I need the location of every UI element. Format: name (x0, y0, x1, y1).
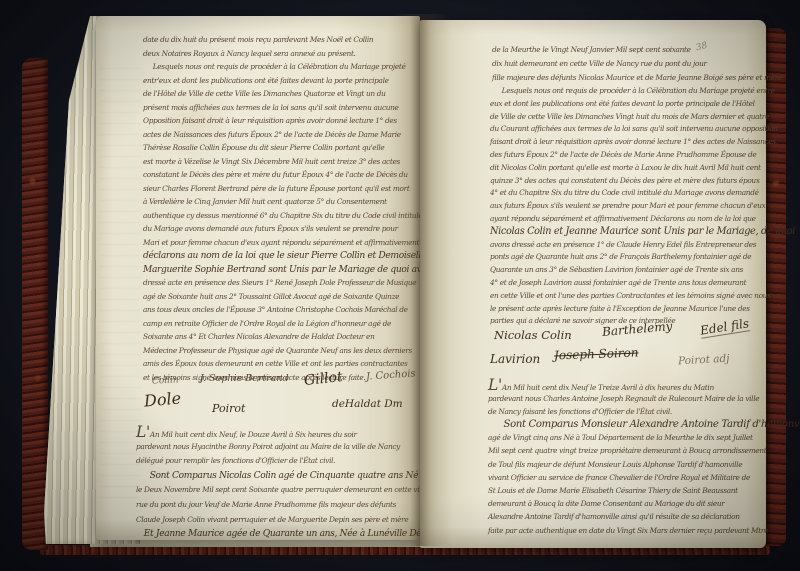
manuscript-line: L'An Mil huit cent dix Neuf le Treize Av… (488, 378, 760, 392)
manuscript-line: Opposition faisant droit à leur réquisit… (143, 114, 407, 128)
right-page-next-act-intro: L'An Mil huit cent dix Neuf le Treize Av… (488, 378, 768, 419)
manuscript-line: ayant répondu séparément et affirmativem… (490, 213, 760, 226)
manuscript-line: agé de Soixante huit ans 2° Toussaint Gi… (143, 290, 407, 304)
register-photo: date du dix huit du présent mois reçu pa… (0, 0, 800, 571)
manuscript-line: dressé acte en présence des Sieurs 1° Re… (143, 276, 407, 290)
manuscript-line: est morte à Vézelise le Vingt Six Décemb… (143, 155, 407, 169)
signature: Nicolas Colin (494, 328, 572, 342)
manuscript-line: fille majeure des défunts Nicolas Mauric… (492, 71, 760, 85)
manuscript-line: vivant Officier au service de france Che… (488, 471, 760, 484)
signature: Lavirion (490, 352, 540, 366)
signature: J. Cochois (366, 368, 416, 382)
signature: Joseph Soiron (554, 346, 639, 363)
manuscript-line: eux et dont les publications ont été fai… (490, 98, 760, 111)
manuscript-line: Mil sept cent quatre vingt treize propri… (488, 444, 760, 457)
manuscript-line: agé de Vingt cinq ans Né à Toul Départem… (488, 431, 760, 444)
manuscript-line: Nicolas Colin et Jeanne Maurice sont Uni… (490, 226, 760, 239)
manuscript-line: de l'Hôtel de Ville de cette Ville les D… (143, 87, 407, 101)
signature: Poirot adj (678, 353, 730, 368)
manuscript-line: avons dressé acte en présence 1° de Clau… (490, 239, 760, 252)
book-cover-right-edge (766, 28, 786, 546)
manuscript-line: deux Notaires Royaux à Nancy lequel sera… (143, 47, 407, 61)
manuscript-line: faite par acte authentique en date du Vi… (488, 524, 760, 537)
manuscript-line: Quarante un ans 3° de Sébastien Lavirion… (490, 264, 760, 277)
manuscript-line: date du dix huit du présent mois reçu pa… (143, 33, 407, 47)
manuscript-line: des futurs Époux 2° de l'acte de Décès d… (490, 149, 760, 162)
manuscript-line: déclarons au nom de la loi que le sieur … (143, 249, 407, 263)
show-through-text (99, 68, 141, 498)
manuscript-line: Mari et pour femme chacun d'eux ayant ré… (143, 236, 407, 250)
manuscript-line: du Mariage avons demandé aux futurs Épou… (143, 222, 407, 236)
manuscript-line: Et Jeanne Maurice agée de Quarante un an… (136, 527, 408, 542)
manuscript-line: pardevant nous Charles Antoine Joseph Re… (488, 392, 760, 406)
signature: Barthelemy (602, 319, 673, 339)
signature: Poirot (212, 402, 245, 415)
right-page-act-text: Lesquels nous ont requis de procéder à l… (490, 85, 768, 328)
left-page-act-text: date du dix huit du présent mois reçu pa… (143, 33, 415, 384)
manuscript-line: authentique cy dessus mentionné 6° du Ch… (143, 209, 407, 223)
right-page-next-act-text: Sont Comparus Monsieur Alexandre Antoine… (488, 418, 768, 537)
signature: Gillot (303, 369, 343, 389)
left-page: date du dix huit du présent mois reçu pa… (96, 16, 420, 540)
manuscript-line: 4° et de Joseph Lavirion aussi fontainie… (490, 277, 760, 290)
manuscript-line: demeurant à Boucq la dite Dame Consentan… (488, 497, 760, 510)
manuscript-line: 4° et du Chapitre Six du titre du Code c… (490, 187, 760, 200)
manuscript-line: ponts agé de Quarante huit ans 2° de Fra… (490, 251, 760, 264)
manuscript-line: Sont Comparus Nicolas Colin agé de Cinqu… (136, 469, 408, 484)
manuscript-line: Sont Comparus Monsieur Alexandre Antoine… (488, 418, 760, 431)
signature: deHaldat Dm (332, 398, 403, 410)
manuscript-line: le présent acte après lecture faite à l'… (490, 303, 760, 316)
manuscript-line: présent mois affichées aux termes de la … (143, 101, 407, 115)
manuscript-line: Lesquels nous ont requis de procéder à l… (143, 60, 407, 74)
signature: Dole (143, 388, 182, 410)
signature: Edel fils (699, 316, 750, 339)
manuscript-line: de Toul fils majeur de défunt Monsieur L… (488, 458, 760, 471)
left-page-signatures: CollinJ. Sophie BertrandGillotJ. Cochois… (136, 368, 422, 428)
manuscript-line: ans tous deux oncles de l'Épouse 3° Anto… (143, 303, 407, 317)
manuscript-line: Médecine Professeur de Physique agé de Q… (143, 344, 407, 358)
manuscript-line: L'An Mil huit cent dix Neuf, le Douze Av… (136, 425, 408, 440)
manuscript-line: quinze 3° des actes qui constatent du Dé… (490, 175, 760, 188)
manuscript-line: du Courant affichées aux termes de la lo… (490, 123, 760, 136)
right-page: 38 de la Meurthe le Vingt Neuf Janvier M… (420, 20, 766, 548)
manuscript-line: rue du pont du jour Veuf de Marie Anne P… (136, 498, 408, 513)
manuscript-line: de Ville de cette Ville les Dimanches Vi… (490, 111, 760, 124)
manuscript-line: Alexandre Antoine Tardif d'hamonville ai… (488, 510, 760, 523)
manuscript-line: délégué pour remplir les fonctions d'Off… (136, 454, 408, 469)
manuscript-line: camp en retraite Officier de l'Ordre Roy… (143, 317, 407, 331)
right-page-signatures: Nicolas ColinBarthelemyEdel filsLavirion… (484, 320, 776, 380)
manuscript-line: dit Nicolas Colin portant qu'elle est mo… (490, 162, 760, 175)
manuscript-line: aux futurs Époux s'ils veulent se prendr… (490, 200, 760, 213)
manuscript-line: dix huit demeurant en cette Ville de Nan… (492, 57, 760, 71)
left-page-next-act-text: L'An Mil huit cent dix Neuf, le Douze Av… (136, 425, 416, 542)
manuscript-line: Soixante ans 4° Et Charles Nicolas Alexa… (143, 330, 407, 344)
manuscript-line: constatant le Décès des père et mère du … (143, 168, 407, 182)
manuscript-line: Claude Joseph Colin vivant perruquier et… (136, 513, 408, 528)
right-page-carryover-text: de la Meurthe le Vingt Neuf Janvier Mil … (492, 43, 768, 84)
manuscript-line: Marguerite Sophie Bertrand sont Unis par… (143, 263, 407, 277)
manuscript-line: de la Meurthe le Vingt Neuf Janvier Mil … (492, 43, 760, 57)
manuscript-line: entr'eux et dont les publications ont ét… (143, 74, 407, 88)
manuscript-line: en cette Ville et ont l'une des parties … (490, 290, 760, 303)
manuscript-line: Lesquels nous ont requis de procéder à l… (490, 85, 760, 98)
manuscript-line: sieur Charles Florent Bertrand père de l… (143, 182, 407, 196)
manuscript-line: de Nancy faisant les fonctions d'Officie… (488, 405, 760, 419)
signature: Collin (152, 375, 179, 386)
manuscript-line: à Verdelière le Cinq Janvier Mil huit ce… (143, 195, 407, 209)
manuscript-line: actes de Naissances des futurs Époux 2° … (143, 128, 407, 142)
book-spine (22, 58, 48, 550)
manuscript-line: le Deux Novembre Mil sept cent Soixante … (136, 483, 408, 498)
manuscript-line: faisant droit à leur réquisition après a… (490, 136, 760, 149)
manuscript-line: Thérèse Rosalie Collin Épouse du dit sie… (143, 141, 407, 155)
signature: J. Sophie Bertrand (200, 373, 289, 384)
manuscript-line: St Louis et de Dame Marie Elisabeth Césa… (488, 484, 760, 497)
manuscript-line: pardevant nous Hyacinthe Bonny Poirot ad… (136, 440, 408, 455)
